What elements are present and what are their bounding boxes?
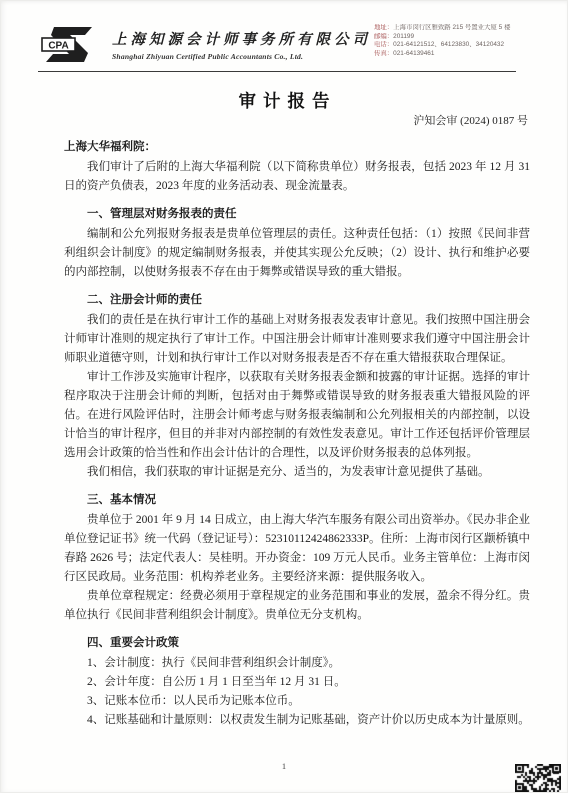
logo-cpa-text: CPA xyxy=(48,41,68,52)
recipient-line: 上海大华福利院： xyxy=(64,138,530,157)
zip-value: 201199 xyxy=(393,33,414,40)
section-heading: 四、重要会计政策 xyxy=(64,634,530,653)
document-number: 沪知会审 (2024) 0187 号 xyxy=(64,112,528,128)
logo-z-icon: CPA xyxy=(40,24,98,66)
section-heading: 二、注册会计师的责任 xyxy=(64,291,530,310)
qr-code-icon xyxy=(515,764,561,792)
company-name-cn: 上海知源会计师事务所有限公司 xyxy=(112,28,374,49)
body-paragraph: 我们审计了后附的上海大华福利院（以下简称贵单位）财务报表，包括 2023 年 1… xyxy=(64,158,530,196)
body-paragraph: 2、会计年度：自公历 1 月 1 日至当年 12 月 31 日。 xyxy=(64,673,530,692)
audit-report-page: CPA 上海知源会计师事务所有限公司 Shanghai Zhiyuan Cert… xyxy=(0,0,568,793)
body-paragraph: 4、记账基础和计量原则：以权责发生制为记账基础，资产计价以历史成本为计量原则。 xyxy=(64,711,530,730)
fax-value: 021-64139461 xyxy=(393,50,434,57)
zip-label: 邮编： xyxy=(374,33,393,40)
body-paragraph: 我们的责任是在执行审计工作的基础上对财务报表发表审计意见。我们按照中国注册会计师… xyxy=(64,311,530,368)
contact-address: 地址：上海市闵行区雅致路 215 号置业大厦 5 楼 xyxy=(374,24,542,33)
fax-label: 传真： xyxy=(374,50,393,57)
contact-zip: 邮编：201199 xyxy=(374,33,542,42)
tel-value: 021-64121512、64123830、34120432 xyxy=(393,41,504,48)
report-title: 审计报告 xyxy=(0,88,568,113)
body-paragraph: 审计工作涉及实施审计程序，以获取有关财务报表金额和披露的审计证据。选择的审计程序… xyxy=(64,368,530,463)
company-name-en: Shanghai Zhiyuan Certified Public Accoun… xyxy=(112,52,374,61)
page-number: 1 xyxy=(0,761,568,771)
letterhead: CPA 上海知源会计师事务所有限公司 Shanghai Zhiyuan Cert… xyxy=(40,24,542,66)
contact-block: 地址：上海市闵行区雅致路 215 号置业大厦 5 楼 邮编：201199 电话：… xyxy=(374,24,542,58)
section-heading: 三、基本情况 xyxy=(64,491,530,510)
address-label: 地址： xyxy=(374,24,393,31)
contact-tel: 电话：021-64121512、64123830、34120432 xyxy=(374,41,542,50)
document-body: 上海大华福利院： 我们审计了后附的上海大华福利院（以下简称贵单位）财务报表，包括… xyxy=(64,138,530,730)
company-names: 上海知源会计师事务所有限公司 Shanghai Zhiyuan Certifie… xyxy=(112,24,374,61)
letterhead-divider xyxy=(38,71,516,72)
address-value: 上海市闵行区雅致路 215 号置业大厦 5 楼 xyxy=(393,24,510,31)
cpa-firm-logo-icon: CPA xyxy=(40,24,98,66)
body-paragraph: 3、记账本位币：以人民币为记账本位币。 xyxy=(64,692,530,711)
body-paragraph: 贵单位章程规定：经费必须用于章程规定的业务范围和事业的发展，盈余不得分红。贵单位… xyxy=(64,587,530,625)
sections-container: 我们审计了后附的上海大华福利院（以下简称贵单位）财务报表，包括 2023 年 1… xyxy=(64,158,530,730)
body-paragraph: 编制和公允列报财务报表是贵单位管理层的责任。这种责任包括：（1）按照《民间非营利… xyxy=(64,225,530,282)
tel-label: 电话： xyxy=(374,41,393,48)
section-heading: 一、管理层对财务报表的责任 xyxy=(64,205,530,224)
body-paragraph: 我们相信，我们获取的审计证据是充分、适当的，为发表审计意见提供了基础。 xyxy=(64,463,530,482)
body-paragraph: 贵单位于 2001 年 9 月 14 日成立，由上海大华汽车服务有限公司出资举办… xyxy=(64,511,530,587)
contact-fax: 传真：021-64139461 xyxy=(374,50,542,59)
body-paragraph: 1、会计制度：执行《民间非营利组织会计制度》。 xyxy=(64,654,530,673)
